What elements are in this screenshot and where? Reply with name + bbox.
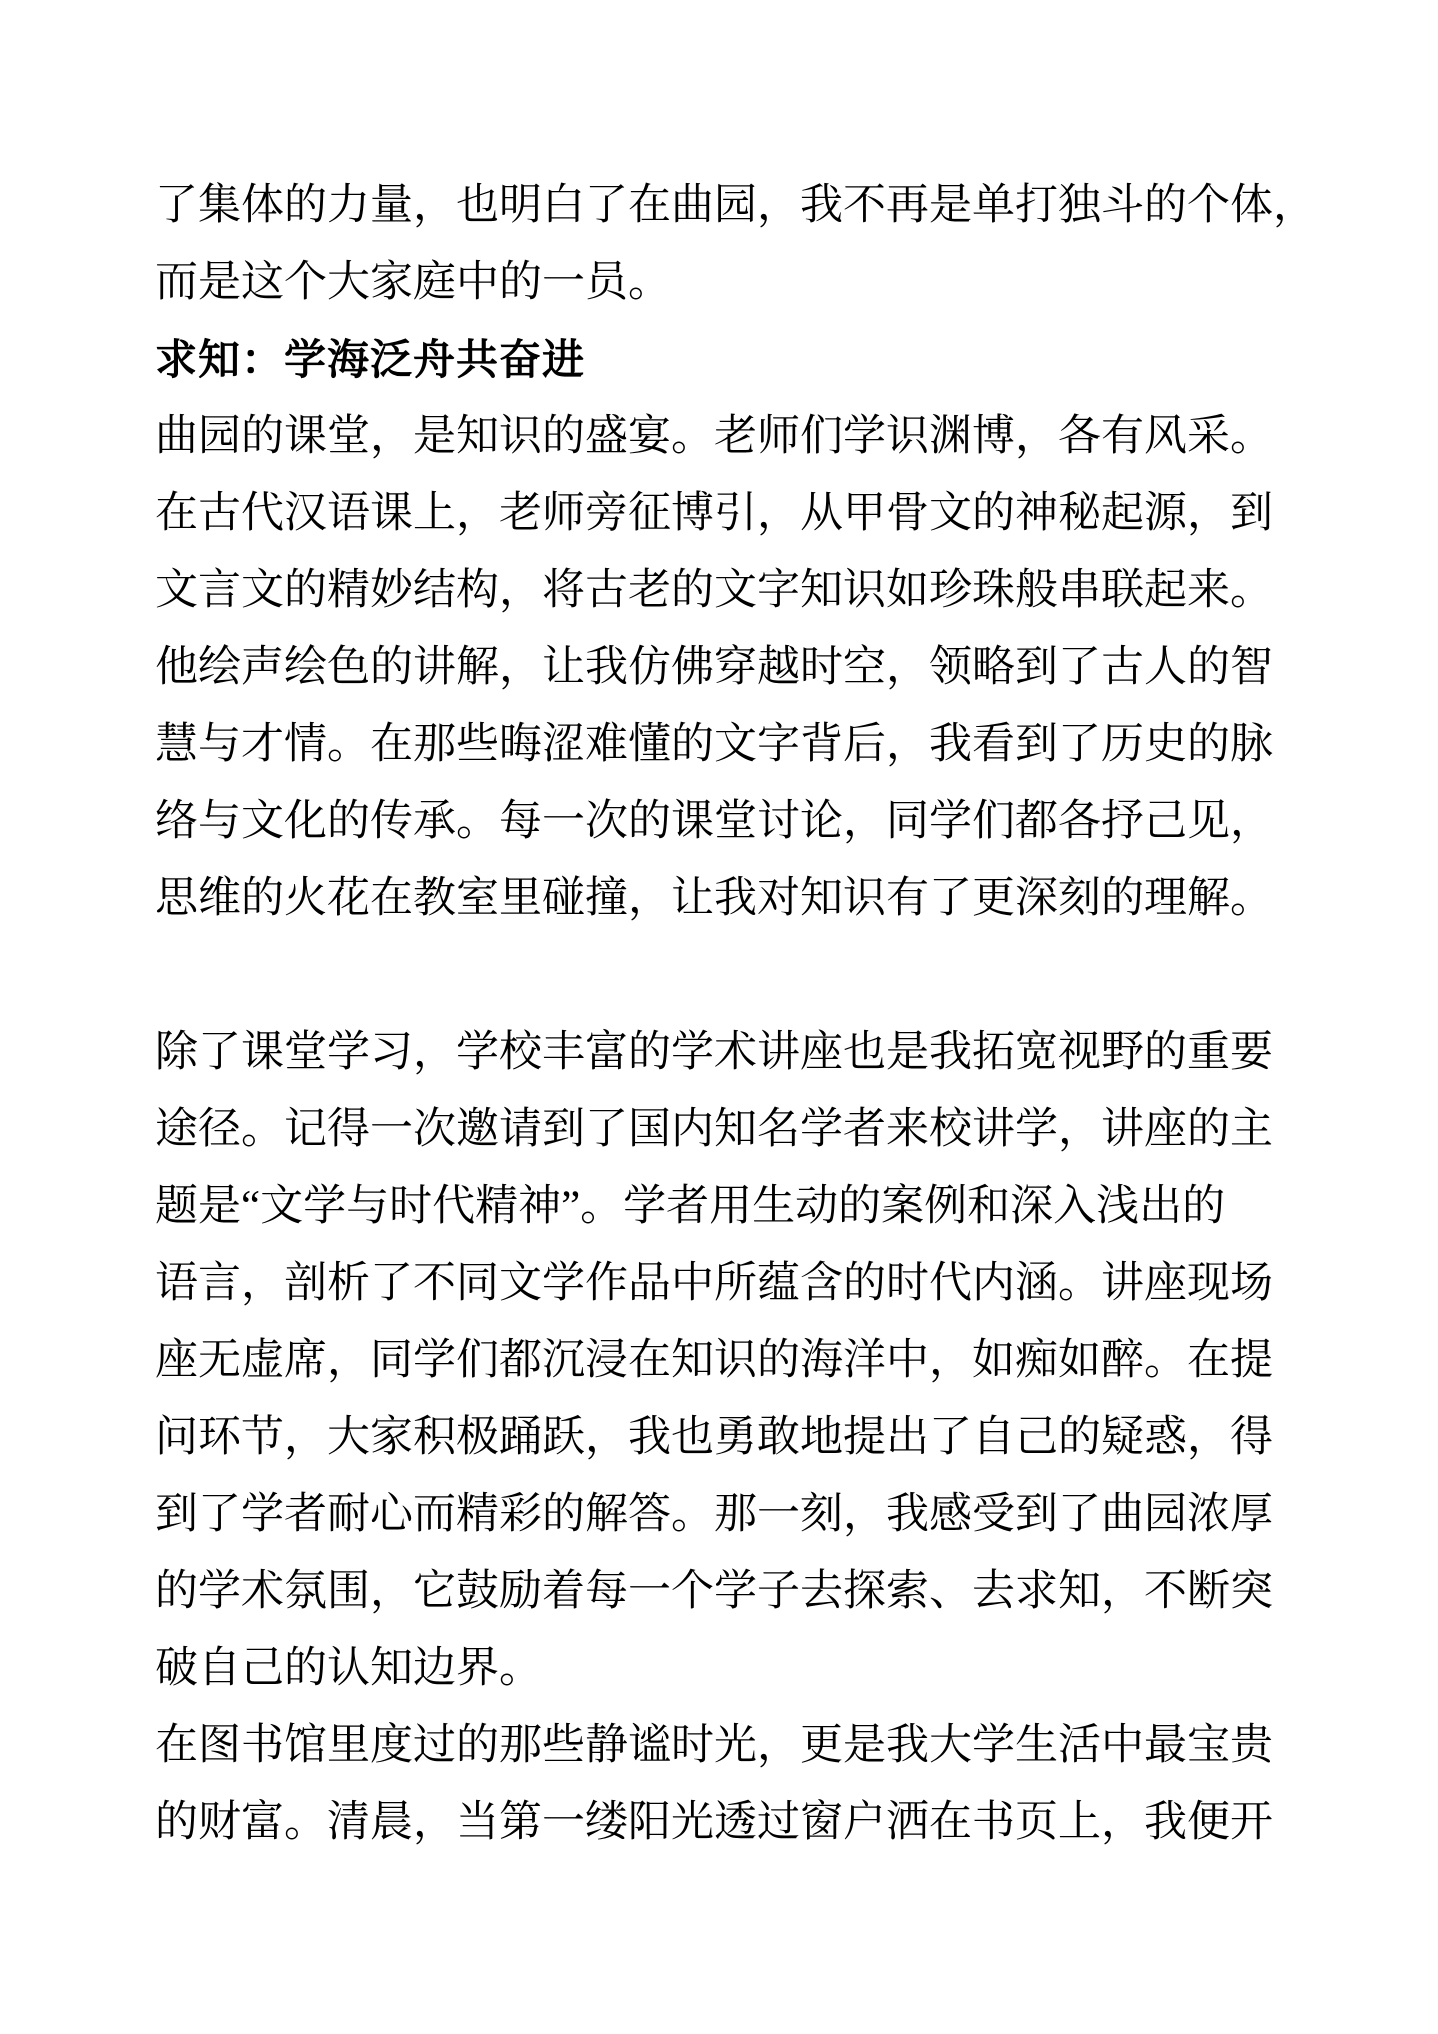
body-text-line: 除了课堂学习，学校丰富的学术讲座也是我拓宽视野的重要 — [155, 1014, 1298, 1091]
body-text-line: 他绘声绘色的讲解，让我仿佛穿越时空，领略到了古人的智 — [155, 629, 1298, 706]
body-text-line: 了集体的力量，也明白了在曲园，我不再是单打独斗的个体， — [155, 167, 1298, 244]
body-text-line: 的财富。清晨，当第一缕阳光透过窗户洒在书页上，我便开 — [155, 1784, 1298, 1861]
body-text-line: 的学术氛围，它鼓励着每一个学子去探索、去求知，不断突 — [155, 1553, 1298, 1630]
paragraph-spacer — [155, 937, 1298, 1014]
body-text-line: 题是“文学与时代精神”。学者用生动的案例和深入浅出的 — [155, 1168, 1298, 1245]
body-text-line: 慧与才情。在那些晦涩难懂的文字背后，我看到了历史的脉 — [155, 706, 1298, 783]
section-heading: 求知：学海泛舟共奋进 — [155, 321, 1298, 398]
body-text-line: 络与文化的传承。每一次的课堂讨论，同学们都各抒己见， — [155, 783, 1298, 860]
body-text-line: 座无虚席，同学们都沉浸在知识的海洋中，如痴如醉。在提 — [155, 1322, 1298, 1399]
document-page: 了集体的力量，也明白了在曲园，我不再是单打独斗的个体，而是这个大家庭中的一员。求… — [0, 0, 1438, 2034]
body-text-line: 途径。记得一次邀请到了国内知名学者来校讲学，讲座的主 — [155, 1091, 1298, 1168]
body-text-line: 在图书馆里度过的那些静谧时光，更是我大学生活中最宝贵 — [155, 1707, 1298, 1784]
body-text-line: 问环节，大家积极踊跃，我也勇敢地提出了自己的疑惑，得 — [155, 1399, 1298, 1476]
body-text-line: 而是这个大家庭中的一员。 — [155, 244, 1298, 321]
body-text-line: 语言，剖析了不同文学作品中所蕴含的时代内涵。讲座现场 — [155, 1245, 1298, 1322]
body-text-line: 思维的火花在教室里碰撞，让我对知识有了更深刻的理解。 — [155, 860, 1298, 937]
screenshot-root: { "page": { "background_color": "#ffffff… — [0, 0, 1438, 2034]
body-text-line: 曲园的课堂，是知识的盛宴。老师们学识渊博，各有风采。 — [155, 398, 1298, 475]
body-text-line: 破自己的认知边界。 — [155, 1630, 1298, 1707]
body-text-line: 文言文的精妙结构，将古老的文字知识如珍珠般串联起来。 — [155, 552, 1298, 629]
body-text-line: 在古代汉语课上，老师旁征博引，从甲骨文的神秘起源，到 — [155, 475, 1298, 552]
body-text-line: 到了学者耐心而精彩的解答。那一刻，我感受到了曲园浓厚 — [155, 1476, 1298, 1553]
